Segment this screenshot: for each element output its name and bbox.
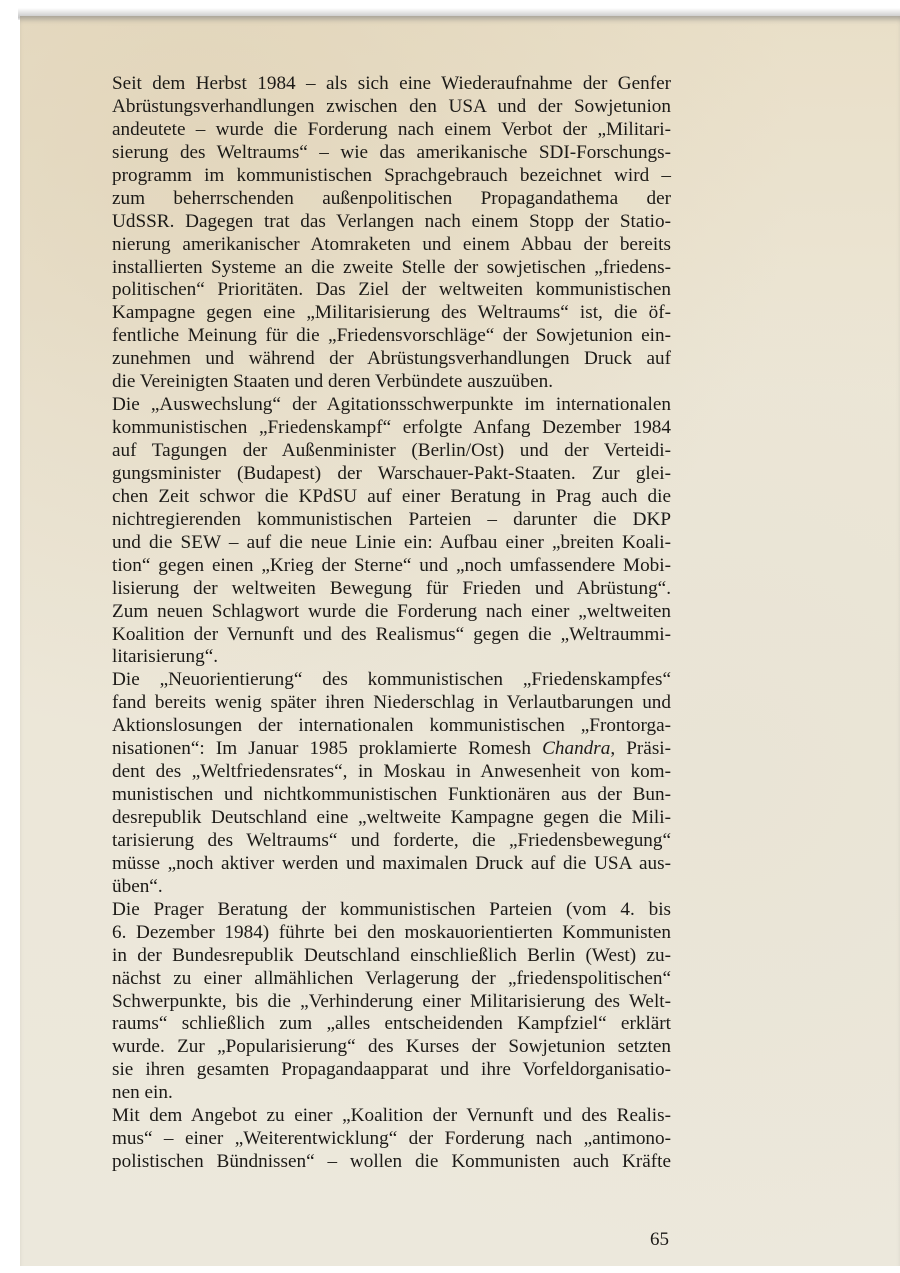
text-line: installierten Systeme an die zweite Stel… xyxy=(112,257,671,280)
text-line: UdSSR. Dagegen trat das Verlangen nach e… xyxy=(112,211,671,234)
text-line: und die SEW – auf die neue Linie ein: Au… xyxy=(112,532,671,555)
text-line: Die „Auswechslung“ der Agitationsschwerp… xyxy=(112,394,671,417)
text-line: fentliche Meinung für die „Friedensvorsc… xyxy=(112,325,671,348)
paragraph: Die „Neuorientierung“ des kommunistische… xyxy=(112,669,671,898)
text-line: müsse „noch aktiver werden und maximalen… xyxy=(112,853,671,876)
paragraph: Die Prager Beratung der kommunistischen … xyxy=(112,899,671,1105)
text-line: Kampagne gegen eine „Militarisierung des… xyxy=(112,302,671,325)
paragraph: Die „Auswechslung“ der Agitationsschwerp… xyxy=(112,394,671,669)
text-line: programm im kommunistischen Sprachgebrau… xyxy=(112,165,671,188)
text-line: auf Tagungen der Außenminister (Berlin/O… xyxy=(112,440,671,463)
text-line: tarisierung des Weltraums“ und forderte,… xyxy=(112,830,671,853)
text-line: in der Bundesrepublik Deutschland einsch… xyxy=(112,945,671,968)
text-line: andeutete – wurde die Forderung nach ein… xyxy=(112,119,671,142)
text-line: dent des „Weltfriedensrates“, in Moskau … xyxy=(112,761,671,784)
text-line: Schwerpunkte, bis die „Verhinderung eine… xyxy=(112,991,671,1014)
text-line: Seit dem Herbst 1984 – als sich eine Wie… xyxy=(112,73,671,96)
text-line: litarisierung“. xyxy=(112,646,671,669)
text-line: mus“ – einer „Weiterentwicklung“ der For… xyxy=(112,1128,671,1151)
text-line: Zum neuen Schlagwort wurde die Forderung… xyxy=(112,601,671,624)
text-line: Aktionslosungen der internationalen komm… xyxy=(112,715,671,738)
text-line: Koalition der Vernunft und des Realismus… xyxy=(112,624,671,647)
text-line: sie ihren gesamten Propagandaapparat und… xyxy=(112,1059,671,1082)
page-number: 65 xyxy=(650,1229,669,1251)
text-line: sierung des Weltraums“ – wie das amerika… xyxy=(112,142,671,165)
text-line: Mit dem Angebot zu einer „Koalition der … xyxy=(112,1105,671,1128)
text-line: zum beherrschenden außenpolitischen Prop… xyxy=(112,188,671,211)
text-line: lisierung der weltweiten Bewegung für Fr… xyxy=(112,578,671,601)
paragraph: Seit dem Herbst 1984 – als sich eine Wie… xyxy=(112,73,671,394)
text-line: nisationen“: Im Januar 1985 proklamierte… xyxy=(112,738,671,761)
text-line: raums“ schließlich zum „alles entscheide… xyxy=(112,1013,671,1036)
text-line: nen ein. xyxy=(112,1082,671,1105)
text-line: zunehmen und während der Abrüstungsverha… xyxy=(112,348,671,371)
text-line: munistischen und nichtkommunistischen Fu… xyxy=(112,784,671,807)
text-line: 6. Dezember 1984) führte bei den moskauo… xyxy=(112,922,671,945)
text-line: wurde. Zur „Popularisierung“ des Kurses … xyxy=(112,1036,671,1059)
text-line: nächst zu einer allmählichen Verlagerung… xyxy=(112,968,671,991)
text-line: politischen“ Prioritäten. Das Ziel der w… xyxy=(112,279,671,302)
paragraph: Mit dem Angebot zu einer „Koalition der … xyxy=(112,1105,671,1174)
text-line: polistischen Bündnissen“ – wollen die Ko… xyxy=(112,1151,671,1174)
text-line: gungsminister (Budapest) der Warschauer-… xyxy=(112,463,671,486)
text-line: tion“ gegen einen „Krieg der Sterne“ und… xyxy=(112,555,671,578)
text-line: Abrüstungsverhandlungen zwischen den USA… xyxy=(112,96,671,119)
body-text: Seit dem Herbst 1984 – als sich eine Wie… xyxy=(112,73,671,1174)
text-line: desrepublik Deutschland eine „weltweite … xyxy=(112,807,671,830)
text-line: nichtregierenden kommunistischen Parteie… xyxy=(112,509,671,532)
text-line: die Vereinigten Staaten und deren Verbün… xyxy=(112,371,671,394)
text-line: Die „Neuorientierung“ des kommunistische… xyxy=(112,669,671,692)
text-line: nierung amerikanischer Atomraketen und e… xyxy=(112,234,671,257)
text-line: Die Prager Beratung der kommunistischen … xyxy=(112,899,671,922)
text-line: kommunistischen „Friedenskampf“ erfolgte… xyxy=(112,417,671,440)
text-line: üben“. xyxy=(112,876,671,899)
text-line: fand bereits wenig später ihren Niedersc… xyxy=(112,692,671,715)
text-line: chen Zeit schwor die KPdSU auf einer Ber… xyxy=(112,486,671,509)
